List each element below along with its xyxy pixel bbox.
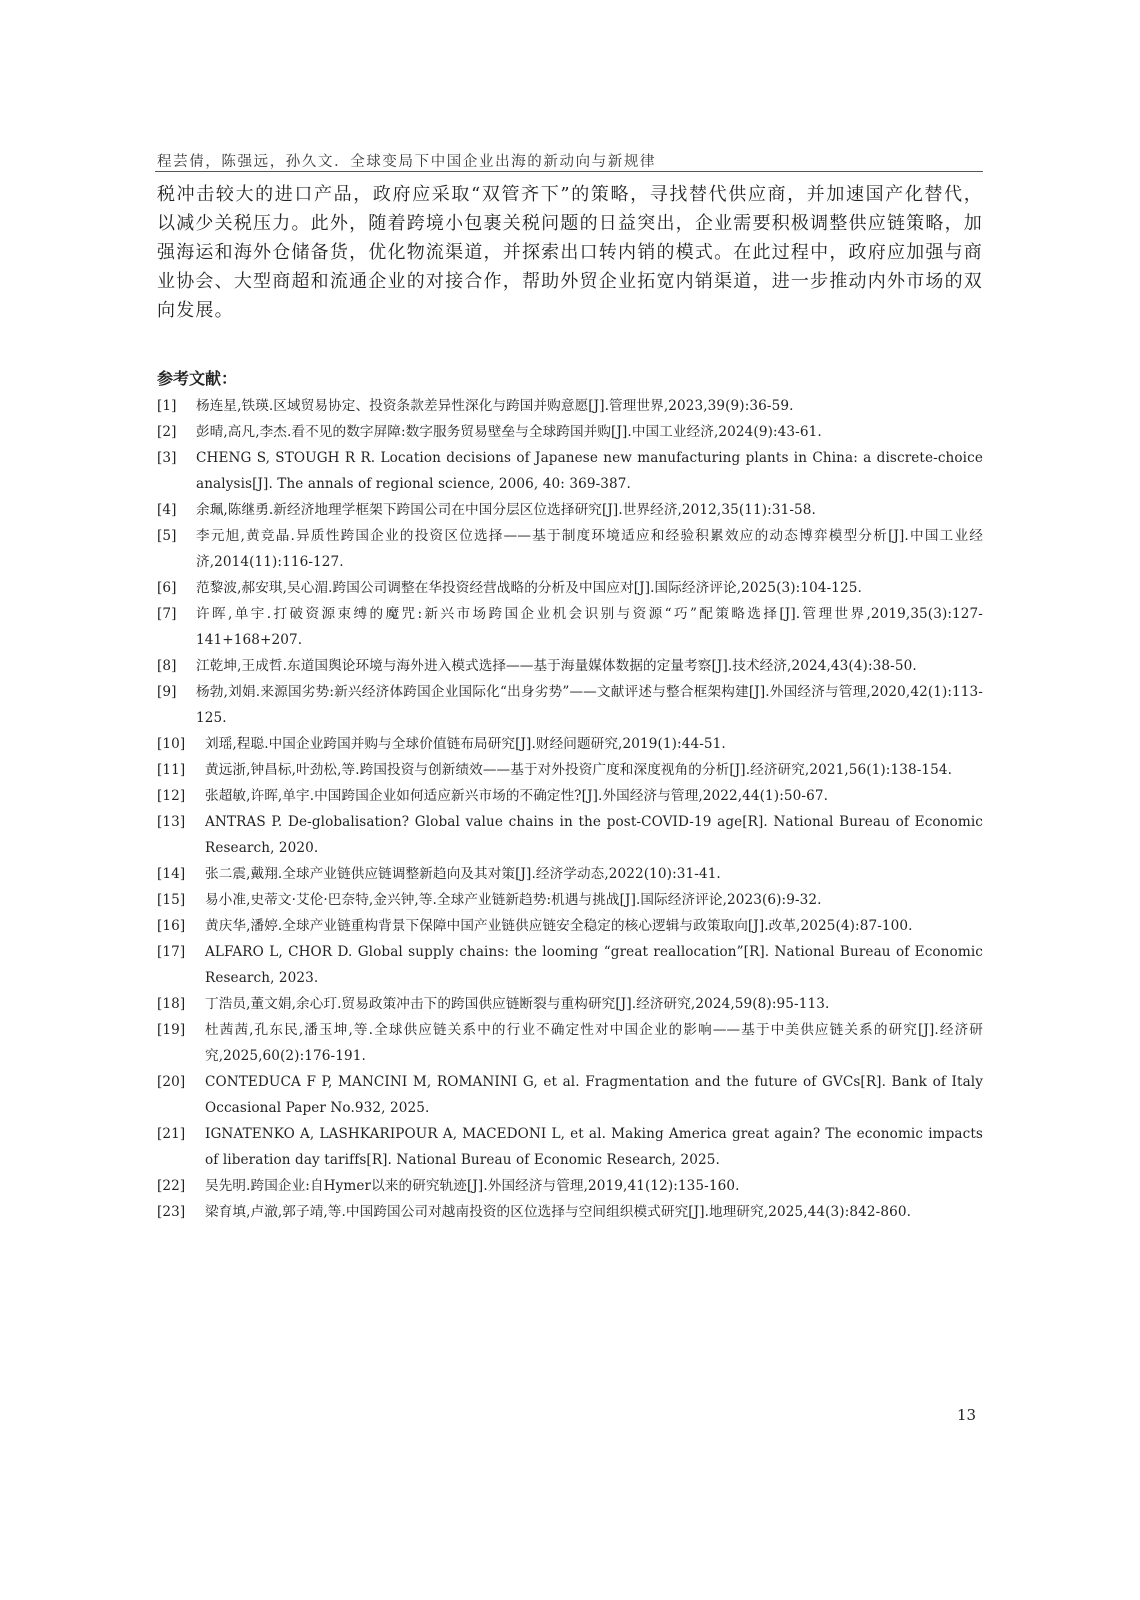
reference-item: [12]张超敏,许晖,单宇.中国跨国企业如何适应新兴市场的不确定性?[J].外国… — [157, 783, 983, 809]
header-rule — [155, 171, 983, 172]
reference-text: 黄远浙,钟昌标,叶劲松,等.跨国投资与创新绩效——基于对外投资广度和深度视角的分… — [205, 757, 983, 783]
reference-number: [16] — [157, 913, 185, 939]
reference-number: [11] — [157, 757, 185, 783]
reference-text: 易小准,史蒂文·艾伦·巴奈特,金兴钟,等.全球产业链新趋势:机遇与挑战[J].国… — [205, 887, 983, 913]
reference-text: 范黎波,郝安琪,吴心湄.跨国公司调整在华投资经营战略的分析及中国应对[J].国际… — [196, 575, 983, 601]
reference-number: [15] — [157, 887, 185, 913]
reference-item: [20]CONTEDUCA F P, MANCINI M, ROMANINI G… — [157, 1069, 983, 1121]
reference-text: 彭晴,高凡,李杰.看不见的数字屏障:数字服务贸易壁垒与全球跨国并购[J].中国工… — [196, 419, 983, 445]
reference-item: [23]梁育填,卢澈,郭子靖,等.中国跨国公司对越南投资的区位选择与空间组织模式… — [157, 1199, 983, 1225]
reference-item: [9]杨勃,刘娟.来源国劣势:新兴经济体跨国企业国际化“出身劣势”——文献评述与… — [157, 679, 983, 731]
reference-number: [5] — [157, 523, 177, 549]
reference-text: 余珮,陈继勇.新经济地理学框架下跨国公司在中国分层区位选择研究[J].世界经济,… — [196, 497, 983, 523]
reference-text: 吴先明.跨国企业:自Hymer以来的研究轨迹[J].外国经济与管理,2019,4… — [205, 1173, 983, 1199]
reference-item: [14]张二震,戴翔.全球产业链供应链调整新趋向及其对策[J].经济学动态,20… — [157, 861, 983, 887]
page: 程芸倩，陈强远，孙久文．全球变局下中国企业出海的新动向与新规律 税冲击较大的进口… — [0, 0, 1140, 1600]
reference-item: [16]黄庆华,潘婷.全球产业链重构背景下保障中国产业链供应链安全稳定的核心逻辑… — [157, 913, 983, 939]
reference-number: [10] — [157, 731, 185, 757]
reference-text: 黄庆华,潘婷.全球产业链重构背景下保障中国产业链供应链安全稳定的核心逻辑与政策取… — [205, 913, 983, 939]
reference-text: IGNATENKO A, LASHKARIPOUR A, MACEDONI L,… — [205, 1121, 983, 1173]
reference-text: 杜茜茜,孔东民,潘玉坤,等.全球供应链关系中的行业不确定性对中国企业的影响——基… — [205, 1017, 983, 1069]
reference-item: [4]余珮,陈继勇.新经济地理学框架下跨国公司在中国分层区位选择研究[J].世界… — [157, 497, 983, 523]
reference-number: [17] — [157, 939, 185, 965]
reference-number: [2] — [157, 419, 177, 445]
reference-item: [3]CHENG S, STOUGH R R. Location decisio… — [157, 445, 983, 497]
page-number: 13 — [957, 1406, 976, 1424]
reference-number: [14] — [157, 861, 185, 887]
reference-item: [1]杨连星,铁瑛.区域贸易协定、投资条款差异性深化与跨国并购意愿[J].管理世… — [157, 393, 983, 419]
reference-text: 张超敏,许晖,单宇.中国跨国企业如何适应新兴市场的不确定性?[J].外国经济与管… — [205, 783, 983, 809]
reference-number: [9] — [157, 679, 177, 705]
reference-number: [7] — [157, 601, 177, 627]
reference-number: [23] — [157, 1199, 185, 1225]
reference-text: 杨连星,铁瑛.区域贸易协定、投资条款差异性深化与跨国并购意愿[J].管理世界,2… — [196, 393, 983, 419]
reference-text: 李元旭,黄竞晶.异质性跨国企业的投资区位选择——基于制度环境适应和经验积累效应的… — [196, 523, 983, 575]
reference-number: [4] — [157, 497, 177, 523]
reference-item: [18]丁浩员,董文娟,余心玎.贸易政策冲击下的跨国供应链断裂与重构研究[J].… — [157, 991, 983, 1017]
reference-item: [2]彭晴,高凡,李杰.看不见的数字屏障:数字服务贸易壁垒与全球跨国并购[J].… — [157, 419, 983, 445]
reference-text: 刘瑶,程聪.中国企业跨国并购与全球价值链布局研究[J].财经问题研究,2019(… — [205, 731, 983, 757]
reference-number: [13] — [157, 809, 185, 835]
reference-number: [18] — [157, 991, 185, 1017]
running-header: 程芸倩，陈强远，孙久文．全球变局下中国企业出海的新动向与新规律 — [157, 150, 983, 171]
reference-item: [13]ANTRAS P. De-globalisation? Global v… — [157, 809, 983, 861]
body-paragraph: 税冲击较大的进口产品，政府应采取“双管齐下”的策略，寻找替代供应商，并加速国产化… — [157, 180, 983, 325]
reference-text: CHENG S, STOUGH R R. Location decisions … — [196, 445, 983, 497]
reference-item: [19]杜茜茜,孔东民,潘玉坤,等.全球供应链关系中的行业不确定性对中国企业的影… — [157, 1017, 983, 1069]
reference-number: [6] — [157, 575, 177, 601]
reference-number: [20] — [157, 1069, 185, 1095]
references-list: [1]杨连星,铁瑛.区域贸易协定、投资条款差异性深化与跨国并购意愿[J].管理世… — [157, 393, 983, 1225]
reference-item: [7]许晖,单宇.打破资源束缚的魔咒:新兴市场跨国企业机会识别与资源“巧”配策略… — [157, 601, 983, 653]
reference-item: [22]吴先明.跨国企业:自Hymer以来的研究轨迹[J].外国经济与管理,20… — [157, 1173, 983, 1199]
reference-item: [5]李元旭,黄竞晶.异质性跨国企业的投资区位选择——基于制度环境适应和经验积累… — [157, 523, 983, 575]
reference-text: 梁育填,卢澈,郭子靖,等.中国跨国公司对越南投资的区位选择与空间组织模式研究[J… — [205, 1199, 983, 1225]
reference-text: 杨勃,刘娟.来源国劣势:新兴经济体跨国企业国际化“出身劣势”——文献评述与整合框… — [196, 679, 983, 731]
reference-text: CONTEDUCA F P, MANCINI M, ROMANINI G, et… — [205, 1069, 983, 1121]
reference-text: ALFARO L, CHOR D. Global supply chains: … — [205, 939, 983, 991]
reference-text: 江乾坤,王成哲.东道国舆论环境与海外进入模式选择——基于海量媒体数据的定量考察[… — [196, 653, 983, 679]
reference-item: [10]刘瑶,程聪.中国企业跨国并购与全球价值链布局研究[J].财经问题研究,2… — [157, 731, 983, 757]
reference-item: [6]范黎波,郝安琪,吴心湄.跨国公司调整在华投资经营战略的分析及中国应对[J]… — [157, 575, 983, 601]
reference-item: [11]黄远浙,钟昌标,叶劲松,等.跨国投资与创新绩效——基于对外投资广度和深度… — [157, 757, 983, 783]
reference-number: [1] — [157, 393, 177, 419]
reference-text: ANTRAS P. De-globalisation? Global value… — [205, 809, 983, 861]
reference-number: [19] — [157, 1017, 185, 1043]
reference-text: 许晖,单宇.打破资源束缚的魔咒:新兴市场跨国企业机会识别与资源“巧”配策略选择[… — [196, 601, 983, 653]
reference-text: 张二震,戴翔.全球产业链供应链调整新趋向及其对策[J].经济学动态,2022(1… — [205, 861, 983, 887]
reference-number: [3] — [157, 445, 177, 471]
reference-number: [21] — [157, 1121, 185, 1147]
reference-item: [17]ALFARO L, CHOR D. Global supply chai… — [157, 939, 983, 991]
reference-item: [21]IGNATENKO A, LASHKARIPOUR A, MACEDON… — [157, 1121, 983, 1173]
references-title: 参考文献： — [157, 366, 237, 389]
reference-text: 丁浩员,董文娟,余心玎.贸易政策冲击下的跨国供应链断裂与重构研究[J].经济研究… — [205, 991, 983, 1017]
reference-number: [12] — [157, 783, 185, 809]
reference-number: [8] — [157, 653, 177, 679]
reference-number: [22] — [157, 1173, 185, 1199]
reference-item: [15]易小准,史蒂文·艾伦·巴奈特,金兴钟,等.全球产业链新趋势:机遇与挑战[… — [157, 887, 983, 913]
reference-item: [8]江乾坤,王成哲.东道国舆论环境与海外进入模式选择——基于海量媒体数据的定量… — [157, 653, 983, 679]
